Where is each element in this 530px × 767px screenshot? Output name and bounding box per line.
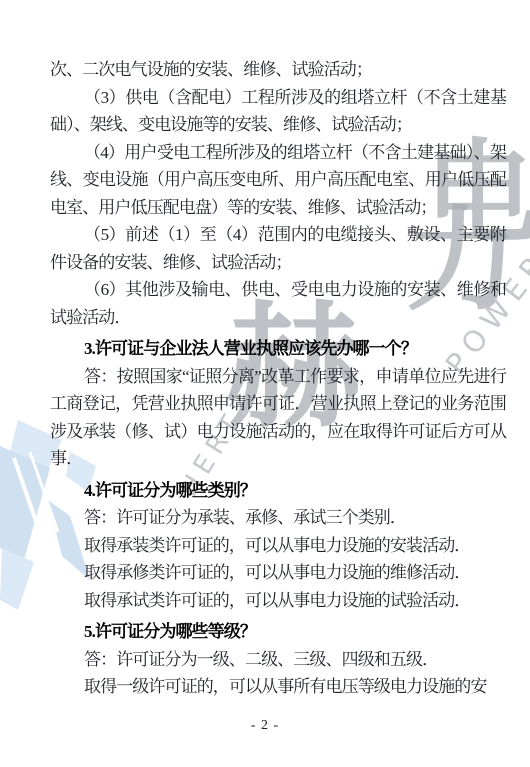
paragraph: 取得一级许可证的，可以从事所有电压等级电力设施的安: [50, 673, 506, 701]
page-number: - 2 -: [0, 718, 530, 734]
question-heading: 3.许可证与企业法人营业执照应该先办哪一个？: [50, 335, 506, 363]
paragraph: （5）前述（1）至（4）范围内的电缆接头、敷设、主要附件设备的安装、维修、试验活…: [50, 221, 506, 276]
document-body: 次、二次电气设施的安装、维修、试验活动；（3）供电（含配电）工程所涉及的组塔立杆…: [50, 56, 506, 701]
paragraph: 取得承试类许可证的，可以从事电力设施的试验活动．: [50, 587, 506, 615]
paragraph: 取得承装类许可证的，可以从事电力设施的安装活动．: [50, 532, 506, 560]
paragraph: 取得承修类许可证的，可以从事电力设施的维修活动．: [50, 559, 506, 587]
document-page: 赫电力 HERTZPOWER 次、二次电气设施的安装、维修、试验活动；（3）供电…: [0, 0, 530, 767]
paragraph: 答：许可证分为承装、承修、承试三个类别．: [50, 504, 506, 532]
paragraph: 次、二次电气设施的安装、维修、试验活动；: [50, 56, 506, 84]
question-heading: 5.许可证分为哪些等级？: [50, 618, 506, 646]
paragraph: （4）用户受电工程所涉及的组塔立杆（不含土建基础）、架线、变电设施（用户高压变电…: [50, 139, 506, 222]
paragraph: 答：许可证分为一级、二级、三级、四级和五级．: [50, 646, 506, 674]
paragraph: （6）其他涉及输电、供电、受电电力设施的安装、维修和试验活动．: [50, 276, 506, 331]
paragraph: 答：按照国家“证照分离”改革工作要求，申请单位应先进行工商登记，凭营业执照申请许…: [50, 363, 506, 473]
question-heading: 4.许可证分为哪些类别？: [50, 477, 506, 505]
paragraph: （3）供电（含配电）工程所涉及的组塔立杆（不含土建基础）、架线、变电设施等的安装…: [50, 84, 506, 139]
